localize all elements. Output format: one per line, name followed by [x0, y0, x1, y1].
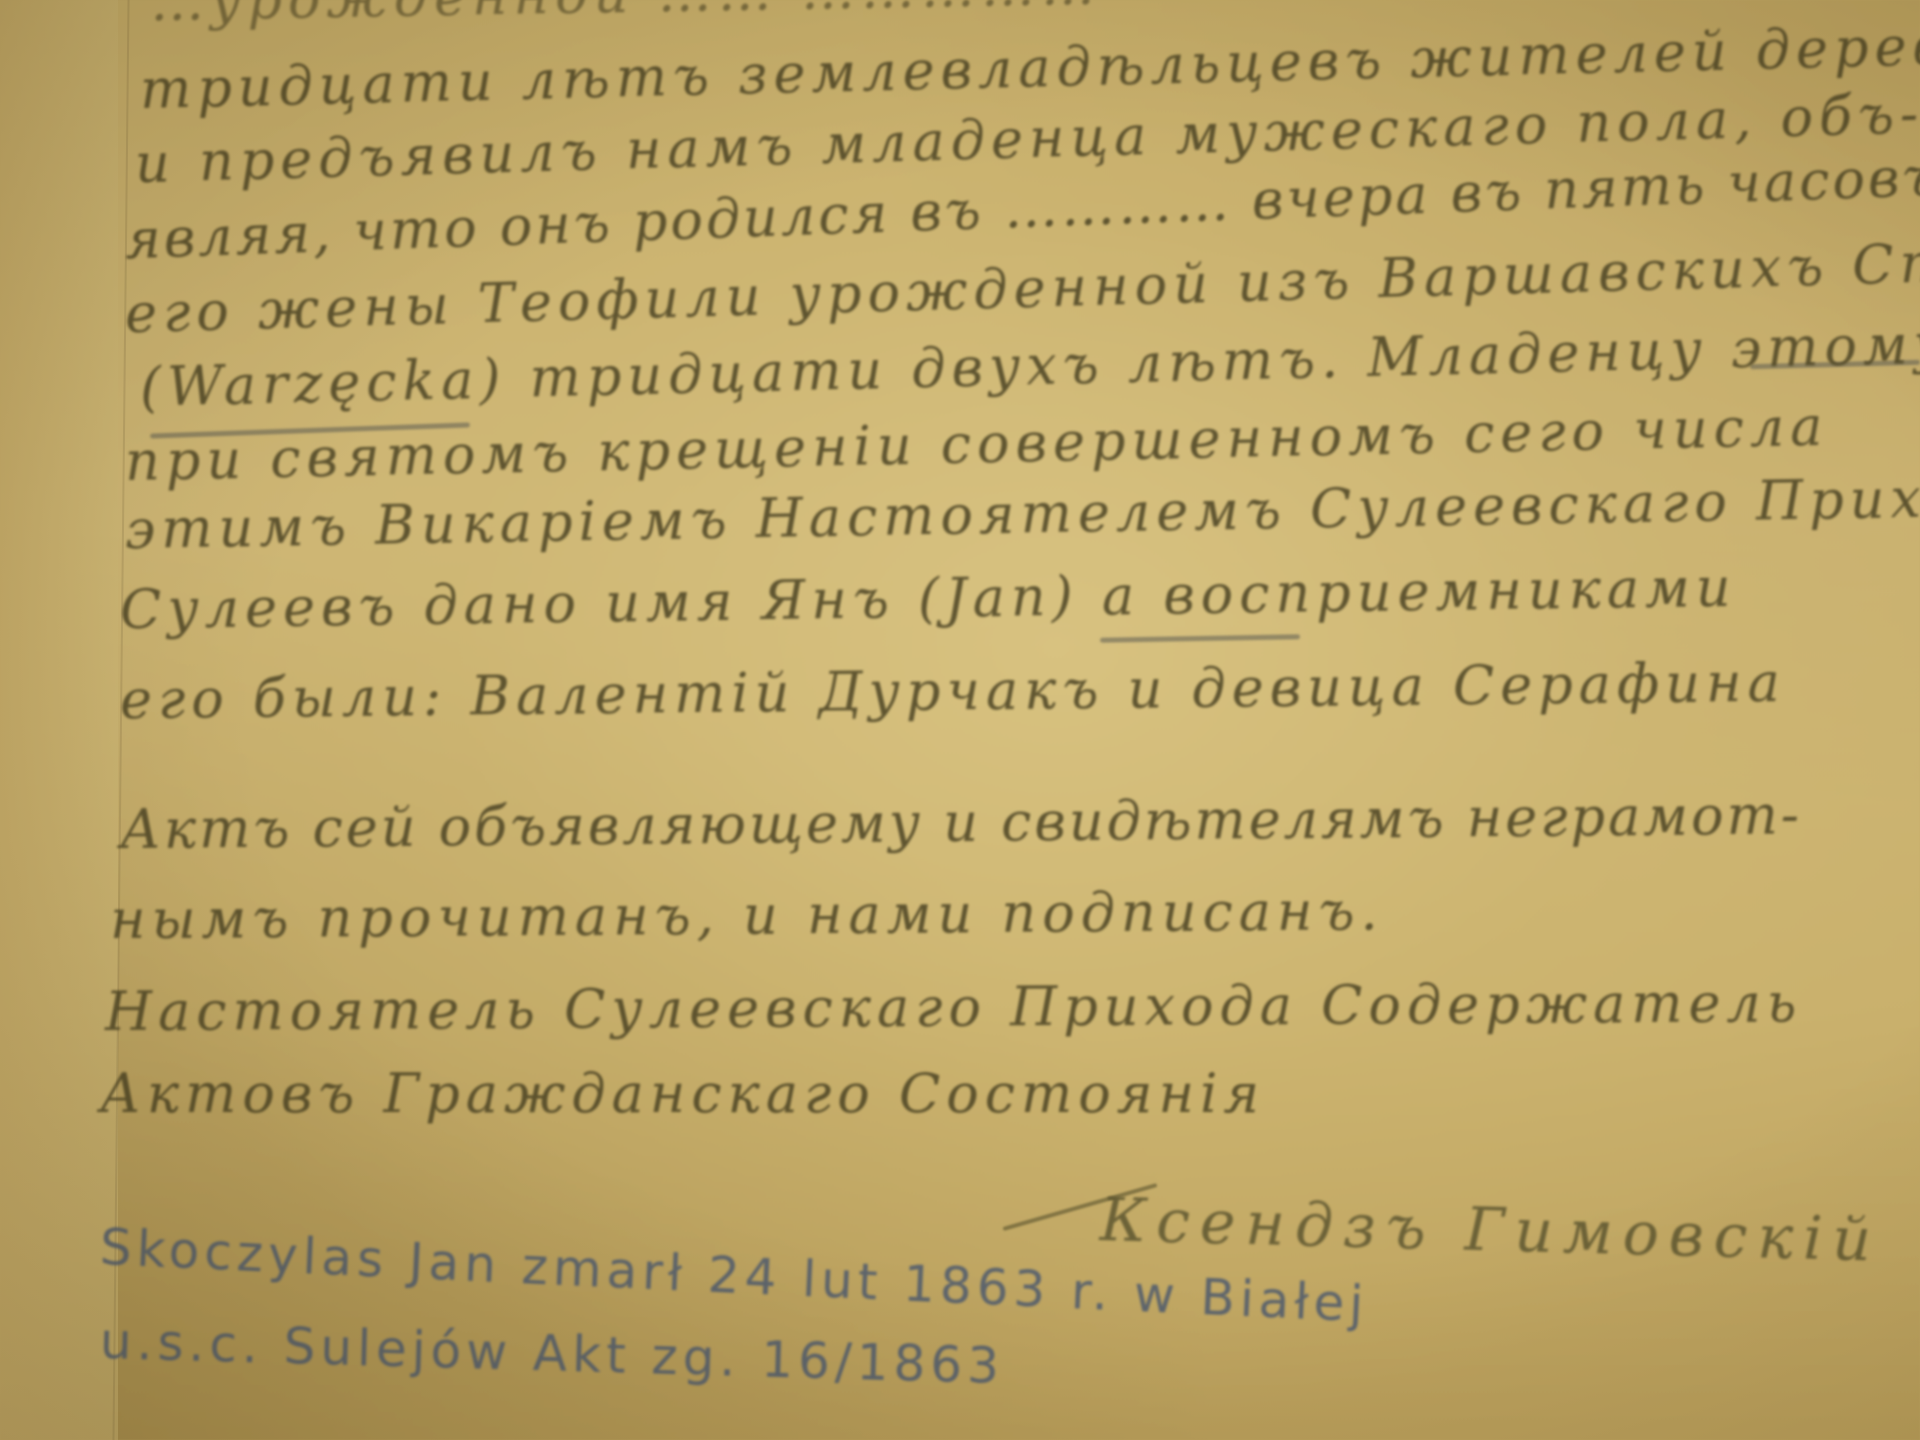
handwritten-line-12: Настоятель Сулеевскаго Прихода Содержате…: [105, 971, 1803, 1043]
line-8-continuation: а восприемниками: [1101, 555, 1737, 627]
handwritten-line-11: нымъ прочитанъ, и нами подписанъ.: [110, 879, 1384, 951]
line-8-text: Сулеевъ дано имя Янъ: [120, 567, 896, 641]
handwritten-line-13: Актовъ Гражданскаго Состоянія: [100, 1062, 1265, 1125]
latin-name-jan: (Jan): [917, 565, 1079, 630]
